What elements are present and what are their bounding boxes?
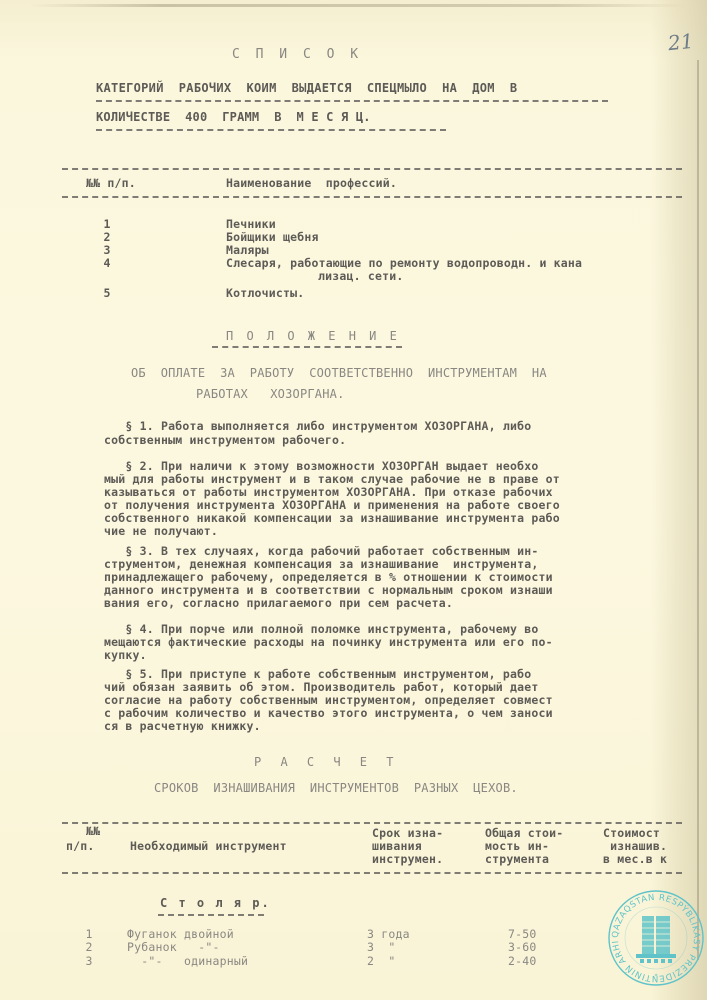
row-number: 3 — [80, 955, 98, 968]
header-monthly-cost: в мес.в к — [603, 853, 667, 866]
header-num: п/п. — [66, 840, 95, 853]
underline — [158, 914, 264, 916]
paragraph-line: мещаются фактические расходы на починку … — [104, 636, 553, 649]
paragraph-line: ся в расчетную книжку. — [104, 720, 261, 733]
scanned-page: 21 С П И С О К КАТЕГОРИЙ РАБОЧИХ КОИМ ВЫ… — [0, 0, 707, 1000]
total-cost: 3-60 — [508, 941, 537, 954]
profession-name: Слесаря, работающие по ремонту водопрово… — [226, 257, 582, 270]
row-number: 2 — [80, 941, 98, 954]
row-number: 5 — [98, 287, 116, 300]
list-subtitle-line-1: КАТЕГОРИЙ РАБОЧИХ КОИМ ВЫДАЕТСЯ СПЕЦМЫЛО… — [96, 82, 517, 95]
page-right-edge — [697, 60, 699, 960]
total-cost: 2-40 — [508, 955, 537, 968]
paragraph-line: чие не получают. — [104, 525, 218, 538]
paragraph-line: § 1. Работа выполняется либо инструменто… — [104, 420, 531, 433]
underline — [96, 100, 608, 102]
section-title: С т о л я р. — [160, 897, 271, 910]
wear-term: 2 " — [367, 955, 396, 968]
profession-name-continuation: лизац. сети. — [318, 270, 403, 283]
regulation-subtitle-line-2: РАБОТАХ ХОЗОРГАНА. — [196, 388, 345, 401]
row-number: 4 — [98, 257, 116, 270]
tool-name: Рубанок -"- — [127, 941, 220, 954]
table-rule-bottom — [62, 872, 682, 874]
table-rule-top — [62, 168, 682, 170]
page-top-edge — [30, 4, 687, 7]
calculation-title: Р А С Ч Е Т — [254, 756, 399, 769]
underline — [212, 346, 402, 348]
profession-name: Котлочисты. — [226, 287, 304, 300]
svg-text:*: * — [654, 973, 658, 980]
calculation-subtitle: СРОКОВ ИЗНАШИВАНИЯ ИНСТРУМЕНТОВ РАЗНЫХ Ц… — [154, 782, 518, 795]
wear-term: 3 " — [367, 941, 396, 954]
table-rule-bottom — [62, 196, 682, 198]
professions-header-name: Наименование профессий. — [226, 177, 397, 190]
header-wear-term: инструмен. — [372, 853, 443, 866]
table-rule-top — [62, 822, 682, 824]
regulation-title: П О Л О Ж Е Н И Е — [226, 330, 400, 343]
underline — [96, 129, 446, 131]
tool-name: -"- одинарный — [127, 955, 248, 968]
header-num: №№ — [86, 825, 100, 838]
list-title: С П И С О К — [232, 48, 362, 61]
regulation-subtitle-line-1: ОБ ОПЛАТЕ ЗА РАБОТУ СООТВЕТСТВЕННО ИНСТР… — [131, 367, 547, 380]
professions-header-num: №№ п/п. — [86, 177, 136, 190]
paragraph-line: купку. — [104, 649, 147, 662]
header-total-cost: струмента — [485, 853, 549, 866]
archive-stamp-icon: QAZAQSTAN RESPÝBLIKASY PREZIDENTINIŃ ARH… — [606, 888, 706, 988]
paragraph-line: собственным инструментом рабочего. — [104, 434, 346, 447]
handwritten-page-number: 21 — [667, 29, 695, 56]
paragraph-line: вания его, согласно прилагаемого при сем… — [104, 597, 453, 610]
header-tool: Необходимый инструмент — [130, 840, 287, 853]
list-subtitle-line-2: КОЛИЧЕСТВЕ 400 ГРАММ В М Е С Я Ц. — [96, 111, 371, 124]
